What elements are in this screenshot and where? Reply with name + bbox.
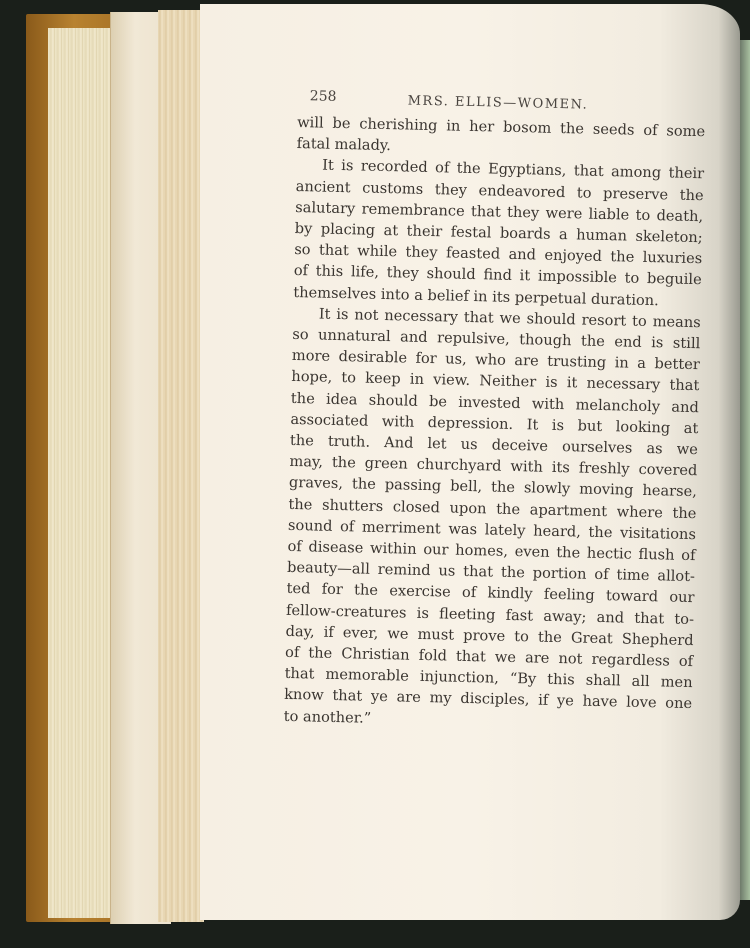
page-number: 258	[310, 86, 337, 108]
paragraph-2: It is recorded of the Egyptians, that am…	[293, 154, 704, 312]
paragraph-3: It is not necessary that we should resor…	[283, 303, 701, 736]
background-edge	[740, 40, 750, 900]
page-text: 258 MRS. ELLIS—WOMEN. will be cherishing…	[283, 86, 705, 736]
running-head: MRS. ELLIS—WOMEN.	[407, 90, 588, 115]
page-edges-left	[48, 28, 118, 918]
page-edges-stack	[158, 10, 204, 922]
